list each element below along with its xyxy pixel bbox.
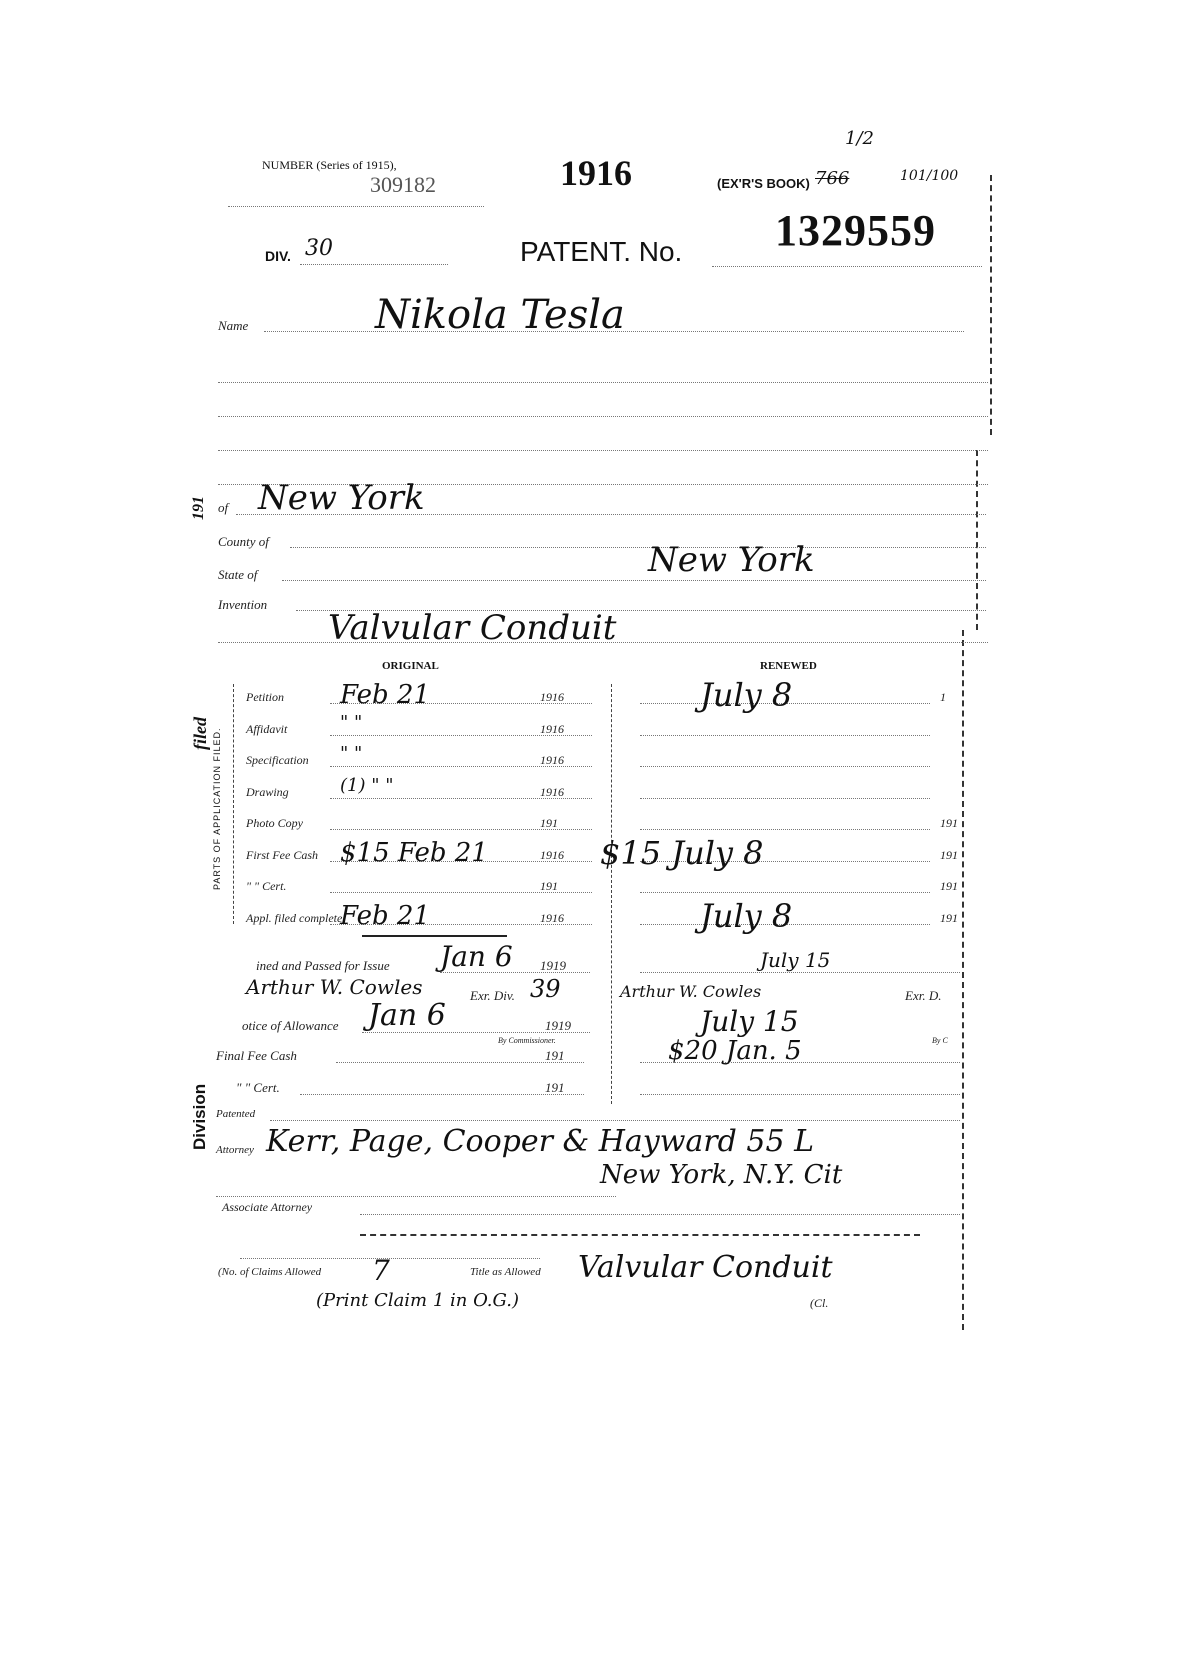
- part-original-date: $15 Feb 21: [340, 838, 488, 868]
- part-renewed-dots: [640, 798, 930, 799]
- part-renewed-dots: [640, 892, 930, 893]
- by-commissioner-renewed: By C: [932, 1036, 948, 1045]
- part-original-date: Feb 21: [340, 680, 430, 710]
- corner-note: 1/2: [845, 128, 874, 149]
- page-edge: [976, 450, 978, 630]
- part-year: 1916: [540, 848, 564, 863]
- part-label: " " Cert.: [246, 879, 286, 894]
- part-label: Affidavit: [246, 722, 287, 737]
- part-renewed-dots: [640, 735, 930, 736]
- attorney-value: Kerr, Page, Cooper & Hayward 55 L: [266, 1124, 814, 1159]
- parts-filed-label: PARTS OF APPLICATION FILED.: [212, 727, 222, 890]
- part-year: 1916: [540, 911, 564, 926]
- part-renewed-year: 191: [940, 848, 958, 863]
- notice-date: Jan 6: [368, 998, 446, 1033]
- year-stub-label: 191: [190, 496, 208, 520]
- part-original-date: (1) " ": [340, 775, 394, 796]
- year-stamp: 1916: [560, 152, 632, 194]
- part-label: Photo Copy: [246, 816, 303, 831]
- examiner-signature: Arthur W. Cowles: [246, 975, 422, 999]
- name-label: Name: [218, 318, 248, 334]
- part-year: 1916: [540, 753, 564, 768]
- division-label: Division: [190, 1084, 210, 1150]
- passed-date: Jan 6: [440, 940, 513, 973]
- part-renewed-date: July 8: [700, 676, 792, 714]
- passed-year: 1919: [540, 958, 566, 974]
- part-year: 1916: [540, 785, 564, 800]
- print-claim-note: (Print Claim 1 in O.G.): [316, 1290, 519, 1311]
- part-renewed-year: 1: [940, 690, 946, 705]
- attorney-label: Attorney: [216, 1144, 254, 1156]
- part-renewed-dots: [640, 766, 930, 767]
- class-label: (Cl.: [810, 1296, 828, 1311]
- part-label: Appl. filed complete: [246, 911, 342, 926]
- notice-renewed-date: July 15: [700, 1005, 799, 1038]
- examiners-book-value: 766: [815, 168, 849, 189]
- part-renewed-year: 191: [940, 911, 958, 926]
- title-allowed-label: Title as Allowed: [470, 1266, 541, 1278]
- final-fee-label: Final Fee Cash: [216, 1048, 297, 1064]
- examiner-renewed-signature: Arthur W. Cowles: [620, 982, 761, 1001]
- state-label: State of: [218, 567, 257, 583]
- part-label: Specification: [246, 753, 309, 768]
- part-year: 1916: [540, 690, 564, 705]
- by-commissioner: By Commissioner.: [498, 1036, 556, 1045]
- page-edge: [962, 630, 964, 1330]
- passed-renewed-date: July 15: [760, 948, 830, 972]
- part-original-date: " ": [340, 743, 362, 764]
- part-original-date: " ": [340, 712, 362, 733]
- of-value: New York: [258, 478, 425, 518]
- part-renewed-year: 191: [940, 879, 958, 894]
- filed-label: filed: [190, 717, 211, 750]
- page-edge: [990, 175, 992, 435]
- patent-label: PATENT. No.: [520, 236, 682, 268]
- county-label: County of: [218, 534, 269, 550]
- part-year: 191: [540, 879, 558, 894]
- applicant-name: Nikola Tesla: [375, 292, 625, 338]
- examiner-div-value: 39: [530, 975, 561, 1003]
- passed-label: ined and Passed for Issue: [256, 958, 390, 974]
- cert-year: 191: [545, 1080, 565, 1096]
- patent-record-card: NUMBER (Series of 1915), 309182 1916 1/2…: [0, 0, 1200, 1663]
- number-label: NUMBER (Series of 1915),: [262, 158, 397, 173]
- cert-label: " " Cert.: [236, 1080, 280, 1096]
- div-label: DIV.: [265, 248, 291, 264]
- examiners-book-fraction: 101/100: [900, 168, 958, 184]
- examiner-renewed-label: Exr. D.: [905, 988, 941, 1004]
- claims-value: 7: [372, 1254, 390, 1287]
- patent-number: 1329559: [775, 205, 936, 256]
- notice-year: 1919: [545, 1018, 571, 1034]
- part-renewed-date: $15 July 8: [600, 834, 764, 872]
- part-label: Petition: [246, 690, 284, 705]
- claims-label: (No. of Claims Allowed: [218, 1266, 321, 1278]
- state-value: New York: [648, 540, 815, 580]
- examiners-book-label: (EX'R'S BOOK): [717, 176, 810, 191]
- invention-label: Invention: [218, 597, 267, 613]
- of-label: of: [218, 500, 228, 516]
- part-renewed-year: 191: [940, 816, 958, 831]
- title-allowed-value: Valvular Conduit: [578, 1250, 833, 1285]
- part-label: Drawing: [246, 785, 289, 800]
- part-year: 1916: [540, 722, 564, 737]
- part-label: First Fee Cash: [246, 848, 318, 863]
- part-original-date: Feb 21: [340, 901, 430, 931]
- patented-label: Patented: [216, 1108, 255, 1120]
- associate-attorney-label: Associate Attorney: [222, 1200, 312, 1215]
- notice-label: otice of Allowance: [242, 1018, 339, 1034]
- part-renewed-dots: [640, 829, 930, 830]
- div-value: 30: [305, 236, 333, 261]
- part-year: 191: [540, 816, 558, 831]
- examiner-div-label: Exr. Div.: [470, 988, 515, 1004]
- attorney-value-line2: New York, N.Y. Cit: [600, 1160, 842, 1190]
- part-renewed-date: July 8: [700, 897, 792, 935]
- renewed-column-header: RENEWED: [760, 660, 817, 672]
- final-fee-year: 191: [545, 1048, 565, 1064]
- original-column-header: ORIGINAL: [382, 660, 439, 672]
- number-value: 309182: [370, 172, 436, 198]
